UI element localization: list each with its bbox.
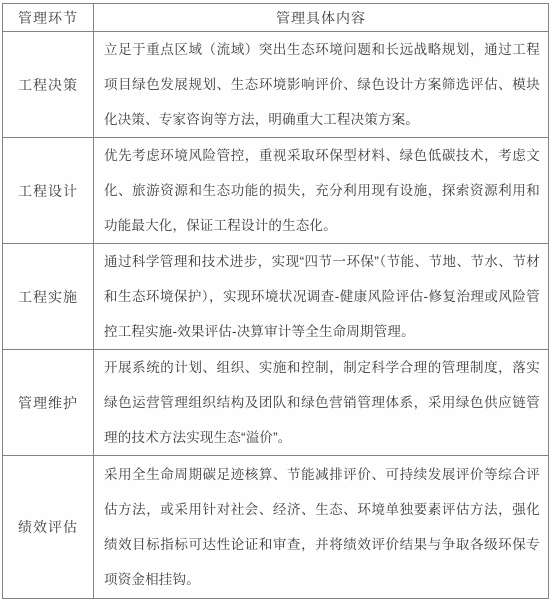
content-cell: 优先考虑环境风险管控，重视采取环保型材料、绿色低碳技术，考虑文化、旅游资源和生态… (94, 138, 549, 244)
stage-cell: 工程设计 (3, 138, 94, 244)
stage-cell: 管理维护 (3, 350, 94, 456)
content-cell: 开展系统的计划、组织、实施和控制，制定科学合理的管理制度，落实绿色运营管理组织结… (94, 350, 549, 456)
table-row: 绩效评估 采用全生命周期碳足迹核算、节能减排评价、可持续发展评价等综合评估方法，… (3, 456, 549, 599)
table-row: 工程决策 立足于重点区域（流域）突出生态环境问题和长远战略规划，通过工程项目绿色… (3, 32, 549, 138)
management-stages-table: 管理环节 管理具体内容 工程决策 立足于重点区域（流域）突出生态环境问题和长远战… (2, 3, 549, 599)
stage-cell: 绩效评估 (3, 456, 94, 599)
stage-cell: 工程决策 (3, 32, 94, 138)
stage-cell: 工程实施 (3, 244, 94, 350)
table-row: 工程设计 优先考虑环境风险管控，重视采取环保型材料、绿色低碳技术，考虑文化、旅游… (3, 138, 549, 244)
header-content-column: 管理具体内容 (94, 4, 549, 32)
header-stage-column: 管理环节 (3, 4, 94, 32)
content-cell: 采用全生命周期碳足迹核算、节能减排评价、可持续发展评价等综合评估方法，或采用针对… (94, 456, 549, 599)
content-cell: 立足于重点区域（流域）突出生态环境问题和长远战略规划，通过工程项目绿色发展规划、… (94, 32, 549, 138)
table-row: 管理维护 开展系统的计划、组织、实施和控制，制定科学合理的管理制度，落实绿色运营… (3, 350, 549, 456)
header-row: 管理环节 管理具体内容 (3, 4, 549, 32)
content-cell: 通过科学管理和技术进步，实现“四节一环保”（节能、节地、节水、节材和生态环境保护… (94, 244, 549, 350)
table-row: 工程实施 通过科学管理和技术进步，实现“四节一环保”（节能、节地、节水、节材和生… (3, 244, 549, 350)
